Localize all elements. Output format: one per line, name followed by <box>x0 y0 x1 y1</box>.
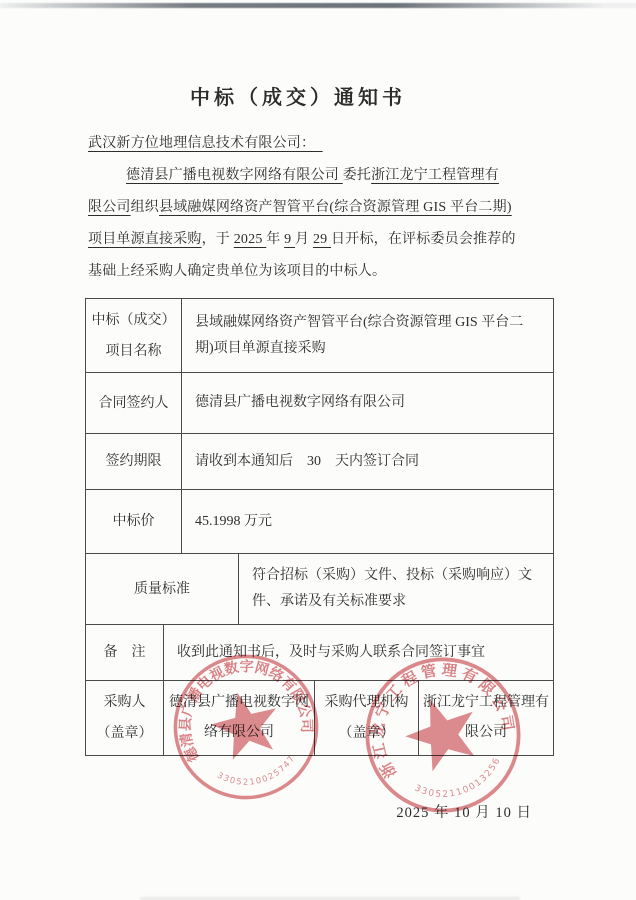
table-row: 备 注收到此通知书后，及时与采购人联系合同签订事宜 <box>86 624 553 680</box>
cell-text: 德清县广播电视数字网络有限公司 <box>195 390 405 416</box>
plain-text: 委托 <box>343 168 371 183</box>
cell-text: 备 注 <box>104 637 146 668</box>
cell-text: （盖章） <box>339 718 395 749</box>
table-row: 中标（成交）项目名称县域融媒网络资产智管平台(综合资源管理 GIS 平台二期)项… <box>86 299 553 372</box>
cell-text: 中标价 <box>113 506 155 537</box>
intro-line: 武汉新方位地理信息技术有限公司： <box>88 128 566 160</box>
table-cell: 签约期限 <box>86 434 181 489</box>
cell-text: 浙江龙宁工程管理有 <box>423 688 549 718</box>
cell-text: 签约期限 <box>106 446 162 477</box>
table-cell: 采购人（盖章） <box>86 681 163 755</box>
cell-text: 中标（成交） <box>92 305 176 336</box>
intro-line: 德清县广播电视数字网络有限公司 委托浙江龙宁工程管理有 <box>88 160 566 192</box>
cell-text: 符合招标（采购）文件、投标（采购响应）文 <box>252 563 532 589</box>
underlined-text: 德清县广播电视数字网络有限公司 <box>126 168 343 183</box>
cell-text: 限公司 <box>465 718 507 748</box>
table-cell: 质量标准 <box>86 554 238 624</box>
table-row: 质量标准符合招标（采购）文件、投标（采购响应）文件、承诺及有关标准要求 <box>86 553 553 624</box>
cell-text: 件、承诺及有关标准要求 <box>252 589 406 615</box>
table-cell: 请收到本通知后 30 天内签订合同 <box>181 434 553 489</box>
cell-text: 德清县广播电视数字网 <box>169 688 309 718</box>
scanned-notice-page: 中标（成交）通知书 武汉新方位地理信息技术有限公司： 德清县广播电视数字网络有限… <box>0 0 636 900</box>
underlined-text: 项目单源直接采购 <box>88 232 202 247</box>
table-cell: 合同签约人 <box>86 373 181 433</box>
underlined-text: 武汉新方位地理信息技术有限公司： <box>88 136 323 151</box>
cell-text: 采购人 <box>104 687 146 718</box>
intro-line: 限公司组织县域融媒网络资产智管平台(综合资源管理 GIS 平台二期) <box>88 192 566 224</box>
plain-text: 月 <box>295 232 313 247</box>
intro-line: 基础上经采购人确定贵单位为该项目的中标人。 <box>88 256 566 288</box>
underlined-text: 9 <box>284 232 295 247</box>
table-cell: 采购代理机构（盖章） <box>314 681 418 755</box>
cell-text: 期)项目单源直接采购 <box>195 336 326 362</box>
document-title: 中标（成交）通知书 <box>62 84 534 112</box>
cell-text: 项目名称 <box>106 336 162 367</box>
underlined-text: 2025 <box>234 232 267 247</box>
cell-text: 45.1998 万元 <box>195 509 272 535</box>
underlined-text: 浙江龙宁工程管理有 <box>371 168 499 183</box>
table-cell: 中标价 <box>86 490 181 553</box>
date-line: 2025 年 10 月 10 日 <box>396 800 532 826</box>
table-cell: 符合招标（采购）文件、投标（采购响应）文件、承诺及有关标准要求 <box>238 554 553 624</box>
table-cell: 德清县广播电视数字网络有限公司 <box>163 681 314 755</box>
underlined-text: 县域融媒网络资产智管平台(综合资源管理 GIS 平台二期) <box>159 200 512 215</box>
plain-text: 年 <box>266 232 284 247</box>
table-cell: 收到此通知书后，及时与采购人联系合同签订事宜 <box>163 625 553 680</box>
intro-paragraph: 武汉新方位地理信息技术有限公司： 德清县广播电视数字网络有限公司 委托浙江龙宁工… <box>88 128 566 288</box>
plain-text: 日开标，在评标委员会推荐的 <box>331 232 516 247</box>
underlined-text: 29 <box>313 232 331 247</box>
plain-text: 基础上经采购人确定贵单位为该项目的中标人。 <box>88 264 386 279</box>
table-row: 合同签约人德清县广播电视数字网络有限公司 <box>86 372 553 433</box>
table-row: 采购人（盖章）德清县广播电视数字网络有限公司采购代理机构（盖章）浙江龙宁工程管理… <box>86 680 553 755</box>
cell-text: 收到此通知书后，及时与采购人联系合同签订事宜 <box>177 640 485 666</box>
seal-number: 3305210025747 <box>214 751 301 795</box>
cell-text: 请收到本通知后 30 天内签订合同 <box>195 449 419 475</box>
scan-top-edge <box>0 3 636 8</box>
cell-text: 络有限公司 <box>204 718 274 748</box>
plain-text: 组织 <box>131 200 159 215</box>
table-cell: 备 注 <box>86 625 163 680</box>
cell-text: 质量标准 <box>134 574 190 605</box>
notice-table: 中标（成交）项目名称县域融媒网络资产智管平台(综合资源管理 GIS 平台二期)项… <box>85 298 554 756</box>
underlined-text: 限公司 <box>88 200 131 215</box>
cell-text: 采购代理机构 <box>325 687 409 718</box>
table-row: 中标价45.1998 万元 <box>86 489 553 553</box>
intro-line: 项目单源直接采购，于 2025 年 9 月 29 日开标，在评标委员会推荐的 <box>88 224 566 256</box>
cell-text: （盖章） <box>97 718 153 749</box>
table-cell: 县域融媒网络资产智管平台(综合资源管理 GIS 平台二期)项目单源直接采购 <box>181 299 553 372</box>
table-cell: 45.1998 万元 <box>181 490 553 553</box>
cell-text: 县域融媒网络资产智管平台(综合资源管理 GIS 平台二 <box>195 310 523 336</box>
table-cell: 中标（成交）项目名称 <box>86 299 181 372</box>
plain-text: ，于 <box>202 232 234 247</box>
cell-text: 合同签约人 <box>99 388 169 419</box>
table-cell: 浙江龙宁工程管理有限公司 <box>418 681 553 755</box>
table-cell: 德清县广播电视数字网络有限公司 <box>181 373 553 433</box>
table-row: 签约期限请收到本通知后 30 天内签订合同 <box>86 433 553 489</box>
